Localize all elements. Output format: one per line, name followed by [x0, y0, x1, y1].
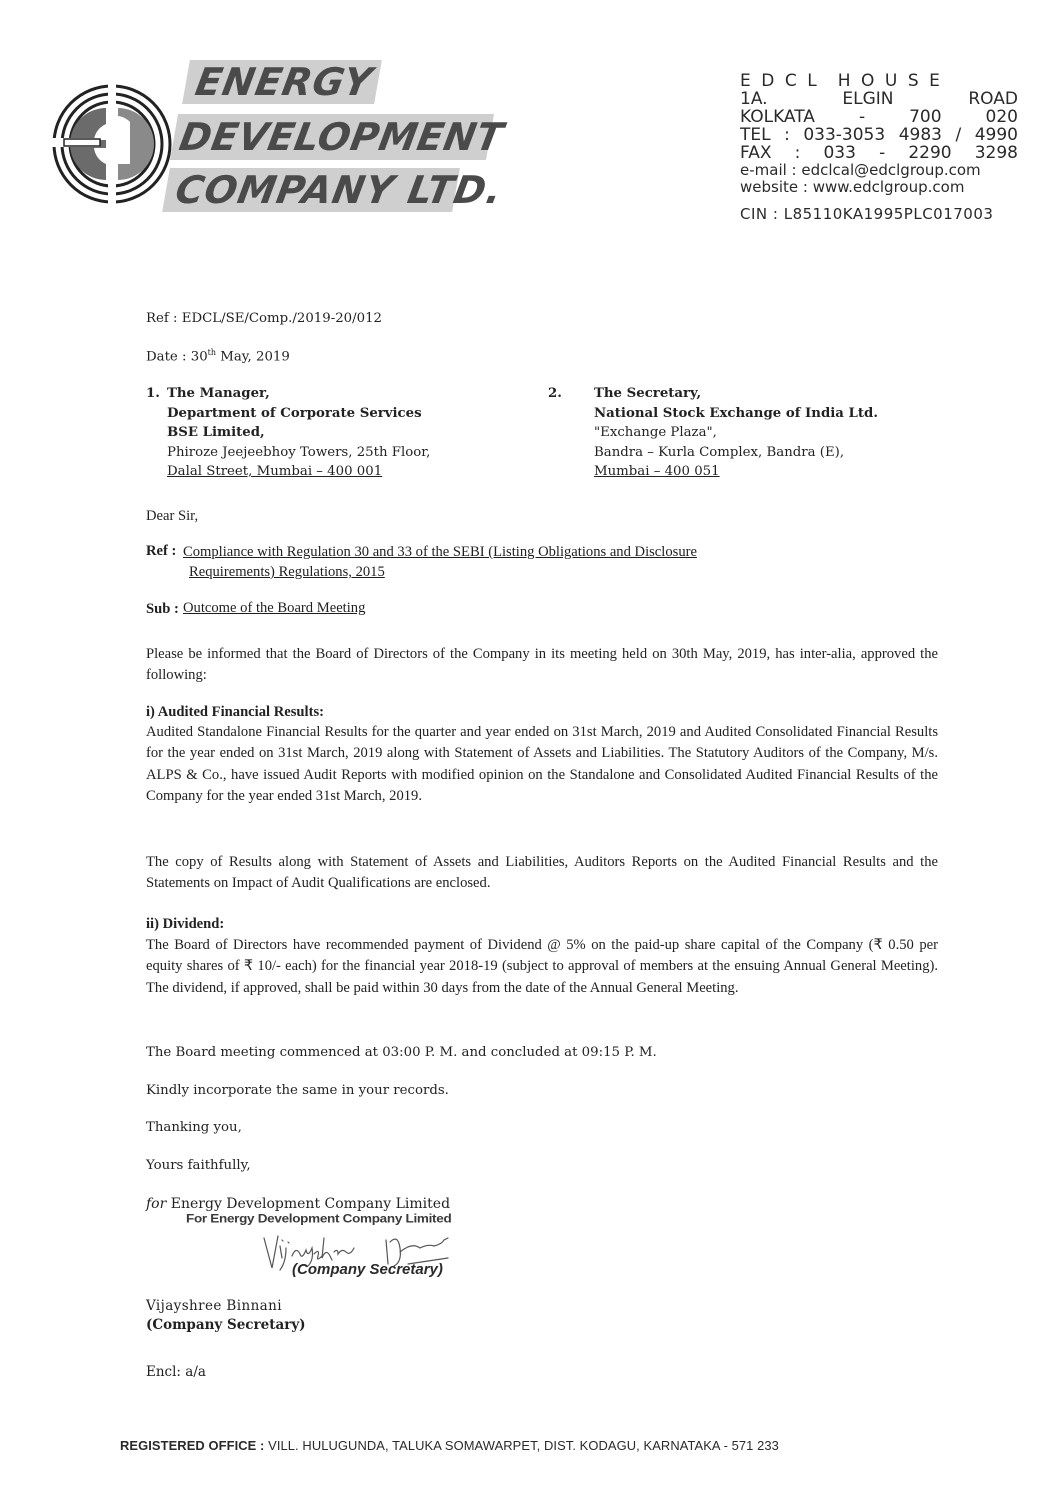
- stamp-designation: (Company Secretary): [292, 1260, 443, 1279]
- recipient-2-address: The Secretary, National Stock Exchange o…: [594, 384, 878, 482]
- address-token: 3298: [975, 144, 1018, 162]
- signatory-title: (Company Secretary): [146, 1316, 306, 1335]
- address-token: E: [740, 72, 751, 90]
- enclosure-note: Encl: a/a: [146, 1363, 206, 1382]
- recipient-1-address: The Manager, Department of Corporate Ser…: [167, 384, 430, 482]
- logo-text-energy: ENERGY: [182, 60, 382, 104]
- for-prefix: for: [146, 1196, 166, 1212]
- logo-text-company: COMPANY LTD.: [162, 168, 460, 212]
- reference-number: Ref : EDCL/SE/Comp./2019-20/012: [146, 309, 382, 328]
- logo-banner-development: DEVELOPMENT: [170, 114, 494, 160]
- address-token: ROAD: [968, 90, 1018, 108]
- subject-sub-label: Sub :: [146, 600, 179, 619]
- address-line-2: 1A.ELGINROAD: [740, 90, 1018, 108]
- logo-text-development: DEVELOPMENT: [170, 114, 494, 160]
- recipient-1-street: Phiroze Jeejeebhoy Towers, 25th Floor,: [167, 443, 430, 463]
- intro-paragraph: Please be informed that the Board of Dir…: [146, 644, 938, 687]
- cin-text: CIN : L85110KA1995PLC017003: [740, 206, 993, 223]
- section-2-title: ii) Dividend:: [146, 915, 224, 934]
- address-token: KOLKATA: [740, 108, 815, 126]
- address-token: S: [908, 72, 919, 90]
- company-stamp-line: For Energy Development Company Limited: [186, 1210, 451, 1227]
- date-suffix: May, 2019: [216, 349, 290, 364]
- address-token: U: [885, 72, 897, 90]
- recipient-1-title: The Manager,: [167, 384, 430, 404]
- date-prefix: Date : 30: [146, 349, 208, 364]
- recipient-2-city: Mumbai – 400 051: [594, 462, 878, 482]
- recipient-2-title: The Secretary,: [594, 384, 878, 404]
- enclosure-paragraph: The copy of Results along with Statement…: [146, 852, 938, 895]
- address-token: ELGIN: [842, 90, 893, 108]
- logo-banner-energy: ENERGY: [182, 60, 382, 104]
- meeting-time-text: The Board meeting commenced at 03:00 P. …: [146, 1043, 657, 1062]
- subject-ref-line-2: Requirements) Regulations, 2015: [183, 562, 939, 582]
- address-token: E: [929, 72, 940, 90]
- website-text: website : www.edclgroup.com: [740, 179, 964, 196]
- recipient-2-org: National Stock Exchange of India Ltd.: [594, 404, 878, 424]
- recipient-1-dept: Department of Corporate Services: [167, 404, 430, 424]
- recipient-1-org: BSE Limited,: [167, 423, 430, 443]
- address-token: -: [879, 144, 885, 162]
- salutation: Dear Sir,: [146, 507, 198, 526]
- footer-label: REGISTERED OFFICE :: [120, 1438, 264, 1453]
- kindly-text: Kindly incorporate the same in your reco…: [146, 1081, 449, 1100]
- address-token: 4990: [975, 126, 1018, 144]
- address-token: 020: [986, 108, 1018, 126]
- address-token: O: [861, 72, 874, 90]
- footer-address: VILL. HULUGUNDA, TALUKA SOMAWARPET, DIST…: [264, 1438, 779, 1453]
- address-line-tel: TEL:033-30534983/4990: [740, 126, 1018, 144]
- subject-sub-text: Outcome of the Board Meeting: [183, 600, 365, 617]
- address-token: 2290: [908, 144, 951, 162]
- address-token: FAX: [740, 144, 772, 162]
- edcl-logo-icon: [50, 82, 174, 206]
- address-token: 700: [909, 108, 941, 126]
- address-token: D: [761, 72, 774, 90]
- subject-ref-line-1: Compliance with Regulation 30 and 33 of …: [183, 544, 697, 560]
- address-token: 033-3053: [803, 126, 885, 144]
- recipient-2-number: 2.: [548, 384, 562, 404]
- logo-banner-company: COMPANY LTD.: [162, 168, 460, 212]
- address-token: 1A.: [740, 90, 768, 108]
- subject-ref-label: Ref :: [146, 542, 176, 561]
- address-token: L: [807, 72, 816, 90]
- address-token: C: [785, 72, 797, 90]
- subject-ref-text: Compliance with Regulation 30 and 33 of …: [183, 542, 939, 582]
- signatory-name: Vijayshree Binnani: [146, 1297, 282, 1316]
- thanking-text: Thanking you,: [146, 1118, 242, 1137]
- address-line-3: KOLKATA-700020: [740, 108, 1018, 126]
- address-token: 033: [823, 144, 855, 162]
- address-token: -: [859, 108, 865, 126]
- address-token: :: [795, 144, 801, 162]
- address-token: 4983: [899, 126, 942, 144]
- letter-date: Date : 30th May, 2019: [146, 343, 290, 366]
- section-1-title: i) Audited Financial Results:: [146, 703, 324, 722]
- closing-text: Yours faithfully,: [146, 1156, 251, 1175]
- address-token: TEL: [740, 126, 771, 144]
- address-line-1: EDCL HOUSE: [740, 72, 940, 90]
- recipient-2-street: Bandra – Kurla Complex, Bandra (E),: [594, 443, 878, 463]
- recipient-2-building: "Exchange Plaza",: [594, 423, 878, 443]
- section-2-body: The Board of Directors have recommended …: [146, 935, 938, 999]
- address-token: :: [784, 126, 790, 144]
- section-1-body: Audited Standalone Financial Results for…: [146, 722, 938, 807]
- recipient-1-number: 1.: [146, 384, 160, 404]
- email-text: e-mail : edclcal@edclgroup.com: [740, 162, 981, 179]
- address-line-fax: FAX:033-22903298: [740, 144, 1018, 162]
- address-token: H: [838, 72, 851, 90]
- registered-office-footer: REGISTERED OFFICE : VILL. HULUGUNDA, TAL…: [120, 1438, 779, 1453]
- recipient-1-city: Dalal Street, Mumbai – 400 001: [167, 462, 430, 482]
- date-sup: th: [208, 348, 216, 357]
- address-token: /: [955, 126, 961, 144]
